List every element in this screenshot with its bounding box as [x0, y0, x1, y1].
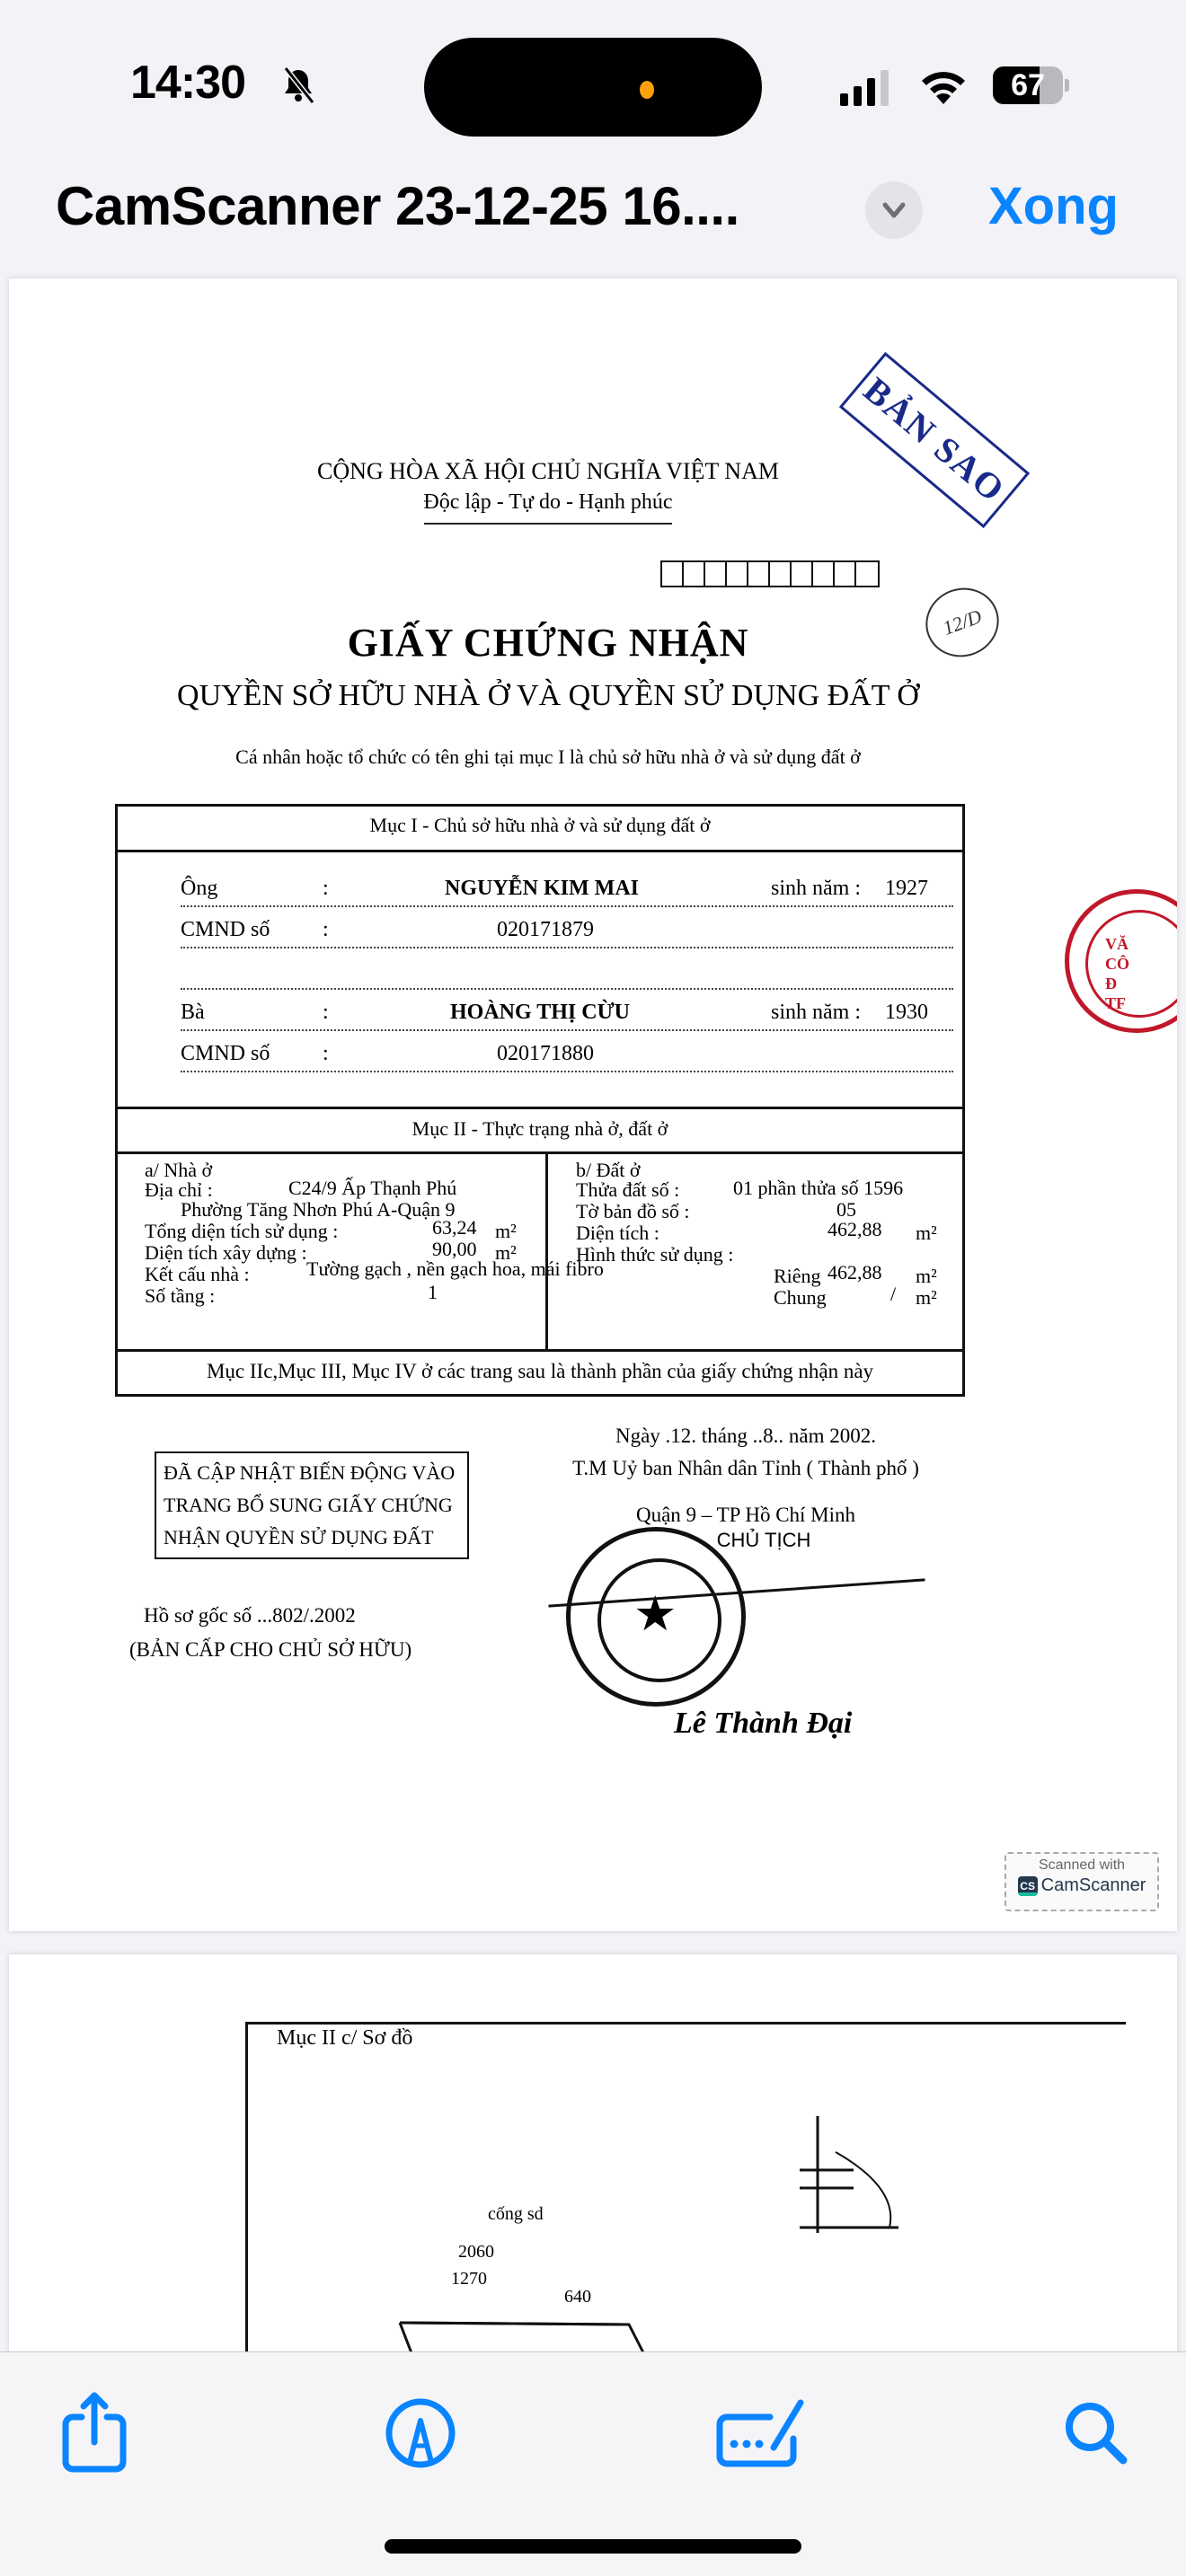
land-private-area: 462,88 [828, 1261, 882, 1284]
diagram-label: 1270 [451, 2269, 487, 2289]
country-header: CỘNG HÒA XÃ HỘI CHỦ NGHĨA VIỆT NAM [314, 458, 782, 485]
owner-1-name: NGUYỄN KIM MAI [445, 877, 639, 901]
markup-pen-icon [383, 2395, 458, 2471]
owner-2-birth-year: 1930 [885, 1001, 928, 1025]
file-number: Hồ sơ gốc số ...802/.2002 [144, 1604, 356, 1628]
owner-1-title: Ông [181, 877, 217, 901]
north-arrow-symbol [800, 2116, 916, 2251]
diagram-label: 640 [564, 2287, 591, 2307]
land-plot-number: 01 phần thửa số 1596 [733, 1177, 903, 1200]
home-indicator[interactable] [385, 2539, 801, 2554]
wifi-icon [918, 65, 969, 106]
privacy-indicator-dot [640, 81, 654, 99]
issue-date: Ngày .12. tháng ..8.. năm 2002. [512, 1425, 979, 1448]
house-address-line2: Phường Tăng Nhơn Phú A-Quận 9 [181, 1198, 456, 1222]
fill-and-sign-icon [714, 2397, 813, 2469]
diagram-heading: Mục II c/ Sơ đồ [277, 2026, 412, 2051]
chevron-down-icon [881, 199, 907, 221]
dynamic-island [424, 38, 762, 137]
fill-and-sign-button[interactable] [710, 2388, 818, 2478]
serial-number-boxes [660, 560, 880, 587]
markup-button[interactable] [376, 2388, 465, 2478]
red-notary-seal: VĂCÔĐTF [1065, 889, 1177, 1033]
status-bar: 14:30 67 [0, 0, 1186, 171]
diagram-label: 2060 [458, 2242, 494, 2263]
camscanner-watermark: Scanned with CS CamScanner [1005, 1852, 1159, 1911]
navigation-bar: CamScanner 23-12-25 16.... Xong [0, 171, 1186, 278]
owner-2-id: 020171880 [497, 1042, 594, 1066]
certificate-title: GIẤY CHỨNG NHẬN [9, 620, 1087, 666]
issued-to-label: (BẢN CẤP CHO CHỦ SỞ HỮU) [129, 1638, 412, 1662]
issuing-district: Quận 9 – TP Hồ Chí Minh [512, 1504, 979, 1527]
official-seal: ★ [566, 1527, 746, 1707]
search-icon [1060, 2397, 1132, 2469]
status-time: 14:30 [130, 56, 245, 110]
diagram-label: cống sd [488, 2204, 544, 2225]
copy-stamp: BẢN SAO [839, 352, 1030, 528]
owner-2-name: HOÀNG THỊ CỪU [450, 1001, 630, 1025]
section-1-heading: Mục I - Chủ sở hữu nhà ở và sử dụng đất … [118, 814, 962, 837]
owner-1-id: 020171879 [497, 918, 594, 942]
camscanner-logo-icon: CS [1018, 1876, 1038, 1896]
owner-1-birth-year: 1927 [885, 877, 928, 901]
document-page-2[interactable]: Mục II c/ Sơ đồ cống sd 2060 1270 640 [9, 1954, 1177, 2368]
header-underline [424, 523, 672, 525]
document-page-1[interactable]: CỘNG HÒA XÃ HỘI CHỦ NGHĨA VIỆT NAM Độc l… [9, 278, 1177, 1931]
house-structure: Tường gạch , nền gạch hoa, mái fibro [306, 1257, 604, 1281]
done-button[interactable]: Xong [988, 171, 1119, 243]
issuing-authority: T.M Uỷ ban Nhân dân Tỉnh ( Thành phố ) [512, 1457, 979, 1480]
share-icon [58, 2390, 130, 2476]
land-shared-area: / [890, 1283, 896, 1306]
house-address-line1: C24/9 Ấp Thạnh Phú [288, 1177, 456, 1200]
certificate-subtitle: QUYỀN SỞ HỮU NHÀ Ở VÀ QUYỀN SỬ DỤNG ĐẤT … [9, 679, 1087, 713]
update-notice-box: ĐÃ CẬP NHẬT BIẾN ĐỘNG VÀO TRANG BỔ SUNG … [155, 1451, 469, 1559]
cellular-signal-icon [840, 68, 894, 106]
title-menu-button[interactable] [865, 181, 923, 239]
certificate-table: Mục I - Chủ sở hữu nhà ở và sử dụng đất … [115, 804, 965, 1397]
document-title[interactable]: CamScanner 23-12-25 16.... [56, 171, 739, 243]
section-footer-note: Mục IIc,Mục III, Mục IV ở các trang sau … [118, 1360, 962, 1383]
search-button[interactable] [1051, 2388, 1141, 2478]
house-floors: 1 [428, 1281, 438, 1304]
land-area: 462,88 [828, 1218, 882, 1241]
signer-name: Lê Thành Đại [674, 1707, 852, 1741]
bell-slash-icon [279, 65, 318, 104]
house-total-area: 63,24 [432, 1216, 477, 1239]
battery-indicator: 67 [993, 66, 1068, 104]
section-2-heading: Mục II - Thực trạng nhà ở, đất ở [118, 1117, 962, 1141]
battery-percent: 67 [993, 66, 1063, 104]
owner-2-title: Bà [181, 1001, 205, 1025]
motto: Độc lập - Tự do - Hạnh phúc [314, 490, 782, 515]
intro-text: Cá nhân hoặc tổ chức có tên ghi tại mục … [9, 745, 1087, 769]
share-button[interactable] [49, 2388, 139, 2478]
land-plot-diagram [368, 2116, 746, 2368]
